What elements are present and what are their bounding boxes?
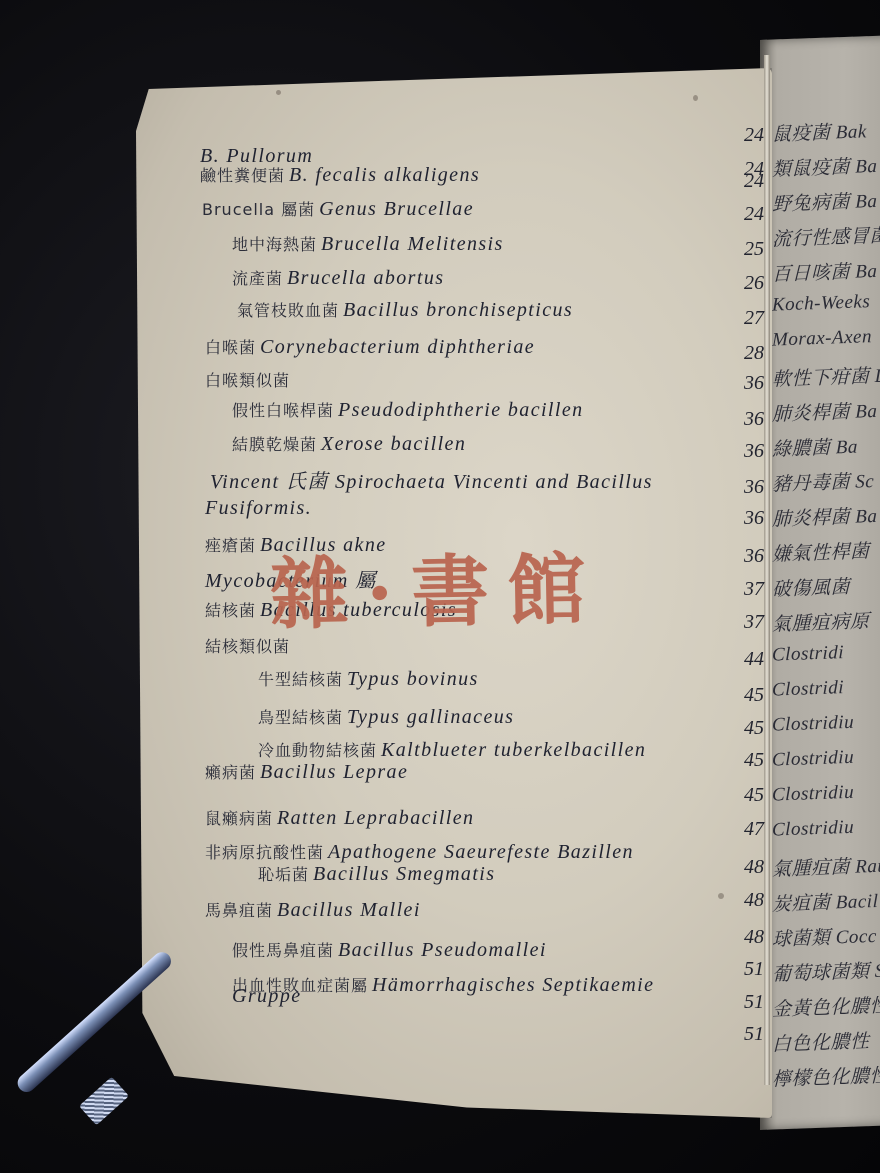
entry-latin-name: Typus gallinaceus bbox=[347, 706, 514, 728]
entry-chinese-name: 冷血動物結核菌 bbox=[258, 741, 377, 760]
index-entry: Fusiformis. bbox=[205, 497, 312, 520]
entry-chinese-name: 結核菌 bbox=[205, 601, 256, 620]
index-entry: 癩病菌Bacillus Leprae bbox=[205, 760, 408, 784]
entry-page-number: 45 bbox=[720, 749, 764, 772]
entry-page-number: 36 bbox=[720, 507, 764, 530]
entry-chinese-name: 流產菌 bbox=[232, 269, 283, 288]
index-entry: 鳥型結核菌Typus gallinaceus bbox=[258, 705, 514, 729]
index-entry: 假性白喉桿菌Pseudodiphtherie bacillen bbox=[232, 398, 584, 422]
index-entry: Gruppe bbox=[232, 985, 302, 1008]
index-entry: 非病原抗酸性菌Apathogene Saeurefeste Bazillen bbox=[205, 840, 634, 864]
index-entry: 牛型結核菌Typus bovinus bbox=[258, 667, 479, 691]
entry-page-number: 36 bbox=[720, 476, 764, 499]
entry-latin-name: Pseudodiphtherie bacillen bbox=[338, 399, 584, 421]
entry-latin-name: Bacillus Pseudomallei bbox=[338, 939, 547, 961]
entry-latin-name: Kaltblueter tuberkelbacillen bbox=[381, 739, 646, 761]
entry-latin-name: Typus bovinus bbox=[347, 668, 479, 690]
entry-page-number: 47 bbox=[720, 818, 764, 841]
entry-page-number: 26 bbox=[720, 272, 764, 295]
entry-chinese-name: 鼠癩病菌 bbox=[205, 809, 273, 828]
entry-chinese-name: 鹼性糞便菌 bbox=[200, 166, 285, 185]
entry-latin-name: Bacillus Mallei bbox=[277, 899, 421, 921]
entry-page-number: 45 bbox=[720, 784, 764, 807]
entry-chinese-name: 非病原抗酸性菌 bbox=[205, 843, 324, 862]
index-entry: 鹼性糞便菌B. fecalis alkaligens bbox=[200, 163, 480, 187]
index-entry: 結膜乾燥菌Xerose bacillen bbox=[232, 432, 466, 456]
entry-page-number: 28 bbox=[720, 342, 764, 365]
index-entry: 流產菌Brucella abortus bbox=[232, 266, 444, 290]
entry-latin-name: Vincent 氏菌 Spirochaeta Vincenti and Baci… bbox=[210, 471, 653, 493]
header-page-number: 24 bbox=[720, 124, 764, 147]
entry-page-number: 45 bbox=[720, 717, 764, 740]
index-entry: 氣管枝敗血菌Bacillus bronchisepticus bbox=[237, 298, 573, 322]
entry-latin-name: B. fecalis alkaligens bbox=[289, 164, 480, 186]
entry-page-number: 51 bbox=[720, 1023, 764, 1046]
index-entry: 地中海熱菌Brucella Melitensis bbox=[232, 232, 504, 256]
index-entry: 冷血動物結核菌Kaltblueter tuberkelbacillen bbox=[258, 738, 646, 762]
entry-latin-name: Ratten Leprabacillen bbox=[277, 807, 474, 829]
entry-chinese-name: 牛型結核菌 bbox=[258, 670, 343, 689]
entry-chinese-name: 癩病菌 bbox=[205, 763, 256, 782]
entry-chinese-name: 痤瘡菌 bbox=[205, 536, 256, 555]
entry-page-number: 24 bbox=[720, 170, 764, 193]
entry-latin-name: Xerose bacillen bbox=[321, 433, 466, 455]
index-entry: Vincent 氏菌 Spirochaeta Vincenti and Baci… bbox=[210, 465, 653, 494]
index-entry: 恥垢菌Bacillus Smegmatis bbox=[258, 862, 495, 886]
entry-chinese-name: 恥垢菌 bbox=[258, 865, 309, 884]
index-entry: 馬鼻疽菌Bacillus Mallei bbox=[205, 898, 421, 922]
entry-chinese-name: 鳥型結核菌 bbox=[258, 708, 343, 727]
entry-page-number: 51 bbox=[720, 958, 764, 981]
entry-page-number: 44 bbox=[720, 648, 764, 671]
entry-chinese-name: 結膜乾燥菌 bbox=[232, 435, 317, 454]
entry-latin-name: Brucella abortus bbox=[287, 267, 444, 289]
index-entry: 白喉菌Corynebacterium diphtheriae bbox=[205, 335, 535, 359]
entry-chinese-name: 假性馬鼻疽菌 bbox=[232, 941, 334, 960]
entry-page-number: 36 bbox=[720, 408, 764, 431]
entry-page-number: 37 bbox=[720, 578, 764, 601]
index-entry: 鼠癩病菌Ratten Leprabacillen bbox=[205, 806, 474, 830]
entry-chinese-name: 白喉類似菌 bbox=[205, 371, 290, 390]
red-seal-watermark: 雜·書館 bbox=[269, 527, 604, 645]
entry-latin-name: Bacillus bronchisepticus bbox=[343, 299, 573, 321]
entry-page-number: 24 bbox=[720, 203, 764, 226]
entry-page-number: 36 bbox=[720, 372, 764, 395]
entry-latin-name: Apathogene Saeurefeste Bazillen bbox=[328, 841, 634, 863]
index-entry: 白喉類似菌 bbox=[205, 368, 294, 392]
entry-page-number: 48 bbox=[720, 889, 764, 912]
entry-chinese-name: 地中海熱菌 bbox=[232, 235, 317, 254]
entry-latin-name: Corynebacterium diphtheriae bbox=[260, 336, 535, 358]
entry-latin-name: Hämorrhagisches Septikaemie bbox=[372, 974, 654, 996]
entry-page-number: 27 bbox=[720, 307, 764, 330]
entry-latin-name: Fusiformis. bbox=[205, 497, 312, 519]
entry-page-number: 51 bbox=[720, 991, 764, 1014]
index-entry: Brucella 屬菌Genus Brucellae bbox=[202, 197, 474, 221]
entry-latin-name: Bacillus Leprae bbox=[260, 761, 408, 783]
entry-page-number: 37 bbox=[720, 611, 764, 634]
entry-latin-name: Bacillus Smegmatis bbox=[313, 863, 495, 885]
entry-page-number: 36 bbox=[720, 440, 764, 463]
entry-latin-name: Gruppe bbox=[232, 985, 302, 1007]
entry-page-number: 48 bbox=[720, 926, 764, 949]
entry-page-number: 45 bbox=[720, 684, 764, 707]
entry-chinese-name: Brucella 屬菌 bbox=[202, 200, 315, 219]
entry-page-number: 48 bbox=[720, 856, 764, 879]
entry-chinese-name: 氣管枝敗血菌 bbox=[237, 301, 339, 320]
entry-page-number: 36 bbox=[720, 545, 764, 568]
entry-latin-name: Genus Brucellae bbox=[319, 198, 474, 220]
entry-latin-name: Brucella Melitensis bbox=[321, 233, 504, 255]
entry-chinese-name: 白喉菌 bbox=[205, 338, 256, 357]
index-entry: 假性馬鼻疽菌Bacillus Pseudomallei bbox=[232, 938, 547, 962]
entry-page-number: 25 bbox=[720, 238, 764, 261]
entry-chinese-name: 馬鼻疽菌 bbox=[205, 901, 273, 920]
entry-chinese-name: 假性白喉桿菌 bbox=[232, 401, 334, 420]
